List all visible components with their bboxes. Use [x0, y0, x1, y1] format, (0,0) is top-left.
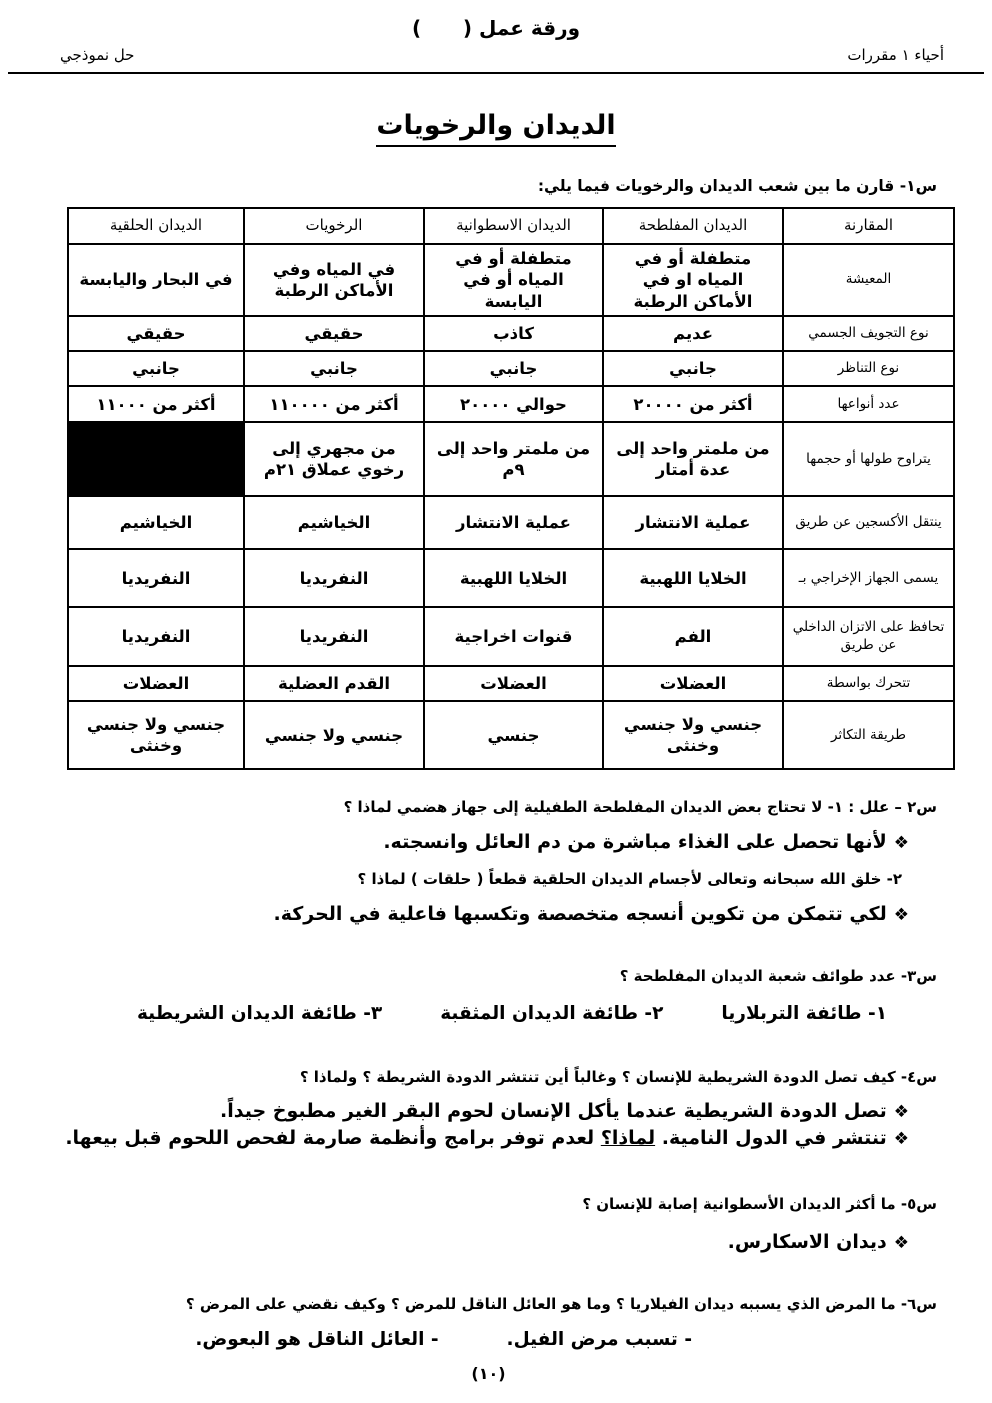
row-label: يسمى الجهاز الإخراجي بـ — [783, 549, 954, 607]
q4-answer-2-underlined: لماذا؟ — [601, 1127, 655, 1149]
table-cell: عملية الانتشار — [603, 496, 783, 549]
table-cell: الخياشيم — [68, 496, 244, 549]
table-cell: جانبي — [424, 351, 603, 386]
col-header-comparison: المقارنة — [783, 208, 954, 244]
q2-answer-1-text: لأنها تحصل على الغذاء مباشرة من دم العائ… — [383, 831, 886, 853]
table-cell: جنسي ولا جنسي وخنثى — [68, 701, 244, 769]
q4-answer-1: ❖تصل الدودة الشريطية عندما يأكل الإنسان … — [40, 1100, 909, 1122]
table-cell: الخلايا اللهبية — [424, 549, 603, 607]
table-cell: حقيقي — [68, 316, 244, 351]
table-cell: العضلات — [603, 666, 783, 701]
row-label: تحافظ على الاتزان الداخلي عن طريق — [783, 607, 954, 666]
worksheet-page: ورقة عمل ( ) أحياء ١ مقررات حل نموذجي ال… — [0, 0, 992, 1403]
q2-answer-2-text: لكي تتمكن من تكوين أنسجه متخصصة وتكسبها … — [274, 903, 887, 925]
row-label: تتحرك بواسطة — [783, 666, 954, 701]
table-cell: قنوات اخراجية — [424, 607, 603, 666]
page-title: الديدان والرخويات — [376, 110, 615, 147]
diamond-bullet-icon: ❖ — [894, 1129, 909, 1149]
q1-lead: س١- قارن ما بين شعب الديدان والرخويات في… — [0, 177, 937, 195]
table-cell: من ملمتر واحد إلى ٩م — [424, 422, 603, 496]
table-cell: النفريديا — [68, 607, 244, 666]
page-number: (١٠) — [40, 1364, 937, 1383]
table-cell: عملية الانتشار — [424, 496, 603, 549]
q5-answer: ❖ديدان الاسكارس. — [40, 1231, 909, 1253]
table-cell: أكثر من ١١٠٠٠٠ — [244, 386, 424, 422]
row-label: نوع التناظر — [783, 351, 954, 386]
q6-answer-2: - العائل الناقل هو البعوض. — [195, 1329, 438, 1350]
q2-question: س٢ – علل : ١- لا تحتاج بعض الديدان المفل… — [40, 798, 937, 816]
col-header-flatworms: الديدان المفلطحة — [603, 208, 783, 244]
redacted-cell — [68, 422, 244, 496]
table-cell: النفريديا — [68, 549, 244, 607]
table-cell: أكثر من ١١٠٠٠ — [68, 386, 244, 422]
table-cell: كاذب — [424, 316, 603, 351]
table-cell: جنسي ولا جنسي — [244, 701, 424, 769]
q6-question: س٦- ما المرض الذي يسببه ديدان الفيلاريا … — [40, 1295, 937, 1313]
table-cell: عديم — [603, 316, 783, 351]
table-row: ينتقل الأكسجين عن طريق عملية الانتشار عم… — [68, 496, 954, 549]
table-cell: جانبي — [603, 351, 783, 386]
table-row: يسمى الجهاز الإخراجي بـ الخلايا اللهبية … — [68, 549, 954, 607]
table-cell: جانبي — [68, 351, 244, 386]
table-cell: العضلات — [68, 666, 244, 701]
header-divider — [8, 72, 984, 74]
q4-answer-2: ❖تنتشر في الدول النامية. لماذا؟ لعدم توف… — [40, 1127, 909, 1149]
table-cell: في المياه وفي الأماكن الرطبة — [244, 244, 424, 316]
col-header-annelids: الديدان الحلقية — [68, 208, 244, 244]
row-label: المعيشة — [783, 244, 954, 316]
table-cell: القدم العضلية — [244, 666, 424, 701]
q3-answers-row: ١- طائفة التربلاريا ٢- طائفة الديدان الم… — [40, 1003, 937, 1024]
table-cell: جانبي — [244, 351, 424, 386]
table-cell: الخياشيم — [244, 496, 424, 549]
table-cell: الفم — [603, 607, 783, 666]
header-row: أحياء ١ مقررات حل نموذجي — [0, 40, 992, 70]
row-label: طريقة التكاثر — [783, 701, 954, 769]
diamond-bullet-icon: ❖ — [894, 1102, 909, 1122]
table-row: طريقة التكاثر جنسي ولا جنسي وخنثى جنسي ج… — [68, 701, 954, 769]
table-cell: من مجهري إلى رخوي عملاق ٢١م — [244, 422, 424, 496]
table-row: نوع التجويف الجسمي عديم كاذب حقيقي حقيقي — [68, 316, 954, 351]
q3-question: س٣- عدد طوائف شعبة الديدان المفلطحة ؟ — [40, 967, 937, 985]
table-cell: في البحار واليابسة — [68, 244, 244, 316]
q3-answer-3: ٣- طائفة الديدان الشريطية — [137, 1003, 382, 1024]
table-cell: أكثر من ٢٠٠٠٠ — [603, 386, 783, 422]
table-cell: من ملمتر واحد إلى عدة أمتار — [603, 422, 783, 496]
q4-answer-2-prefix: تنتشر في الدول النامية. — [655, 1127, 887, 1149]
row-label: ينتقل الأكسجين عن طريق — [783, 496, 954, 549]
qa-section: س٢ – علل : ١- لا تحتاج بعض الديدان المفل… — [0, 798, 992, 1383]
table-cell: العضلات — [424, 666, 603, 701]
table-row: عدد أنواعها أكثر من ٢٠٠٠٠ حوالي ٢٠٠٠٠ أك… — [68, 386, 954, 422]
table-cell: جنسي ولا جنسي وخنثى — [603, 701, 783, 769]
q4-question: س٤- كيف تصل الدودة الشريطية للإنسان ؟ وغ… — [40, 1068, 937, 1086]
worksheet-title: ورقة عمل ( ) — [0, 16, 992, 40]
row-label: يتراوح طولها أو حجمها — [783, 422, 954, 496]
page-header: ورقة عمل ( ) أحياء ١ مقررات حل نموذجي — [0, 0, 992, 74]
table-cell: متطفلة أو في المياه أو في اليابسة — [424, 244, 603, 316]
q2-answer-2: ❖لكي تتمكن من تكوين أنسجه متخصصة وتكسبها… — [40, 903, 909, 925]
table-cell: النفريديا — [244, 607, 424, 666]
q5-answer-text: ديدان الاسكارس. — [728, 1231, 887, 1253]
comparison-table: المقارنة الديدان المفلطحة الديدان الاسطو… — [67, 207, 955, 770]
table-row: تحافظ على الاتزان الداخلي عن طريق الفم ق… — [68, 607, 954, 666]
course-label: أحياء ١ مقررات — [847, 46, 944, 64]
q3-answer-2: ٢- طائفة الديدان المثقبة — [440, 1003, 663, 1024]
table-cell: الخلايا اللهبية — [603, 549, 783, 607]
q2-question-2: ٢- خلق الله سبحانه وتعالى لأجسام الديدان… — [40, 870, 902, 888]
table-header-row: المقارنة الديدان المفلطحة الديدان الاسطو… — [68, 208, 954, 244]
table-cell: جنسي — [424, 701, 603, 769]
table-row: يتراوح طولها أو حجمها من ملمتر واحد إلى … — [68, 422, 954, 496]
q6-answer-1: - تسبب مرض الفيل. — [507, 1329, 692, 1350]
table-row: المعيشة متطفلة أو في المياه او في الأماك… — [68, 244, 954, 316]
diamond-bullet-icon: ❖ — [894, 1233, 909, 1253]
col-header-roundworms: الديدان الاسطوانية — [424, 208, 603, 244]
solution-label: حل نموذجي — [60, 46, 134, 64]
table-row: نوع التناظر جانبي جانبي جانبي جانبي — [68, 351, 954, 386]
q5-question: س٥- ما أكثر الديدان الأسطوانية إصابة للإ… — [40, 1195, 937, 1213]
q3-answer-1: ١- طائفة التربلاريا — [721, 1003, 887, 1024]
diamond-bullet-icon: ❖ — [894, 833, 909, 853]
table-cell: النفريديا — [244, 549, 424, 607]
table-cell: حوالي ٢٠٠٠٠ — [424, 386, 603, 422]
q6-answers-row: - تسبب مرض الفيل. - العائل الناقل هو الب… — [40, 1329, 937, 1350]
col-header-mollusks: الرخويات — [244, 208, 424, 244]
table-row: تتحرك بواسطة العضلات العضلات القدم العضل… — [68, 666, 954, 701]
row-label: نوع التجويف الجسمي — [783, 316, 954, 351]
table-cell: متطفلة أو في المياه او في الأماكن الرطبة — [603, 244, 783, 316]
table-cell: حقيقي — [244, 316, 424, 351]
diamond-bullet-icon: ❖ — [894, 905, 909, 925]
q2-answer-1: ❖لأنها تحصل على الغذاء مباشرة من دم العا… — [40, 831, 909, 853]
q4-answer-2-suffix: لعدم توفر برامج وأنظمة صارمة لفحص اللحوم… — [65, 1127, 601, 1149]
main-title-wrap: الديدان والرخويات — [0, 110, 992, 147]
row-label: عدد أنواعها — [783, 386, 954, 422]
q4-answer-1-text: تصل الدودة الشريطية عندما يأكل الإنسان ل… — [220, 1100, 887, 1122]
